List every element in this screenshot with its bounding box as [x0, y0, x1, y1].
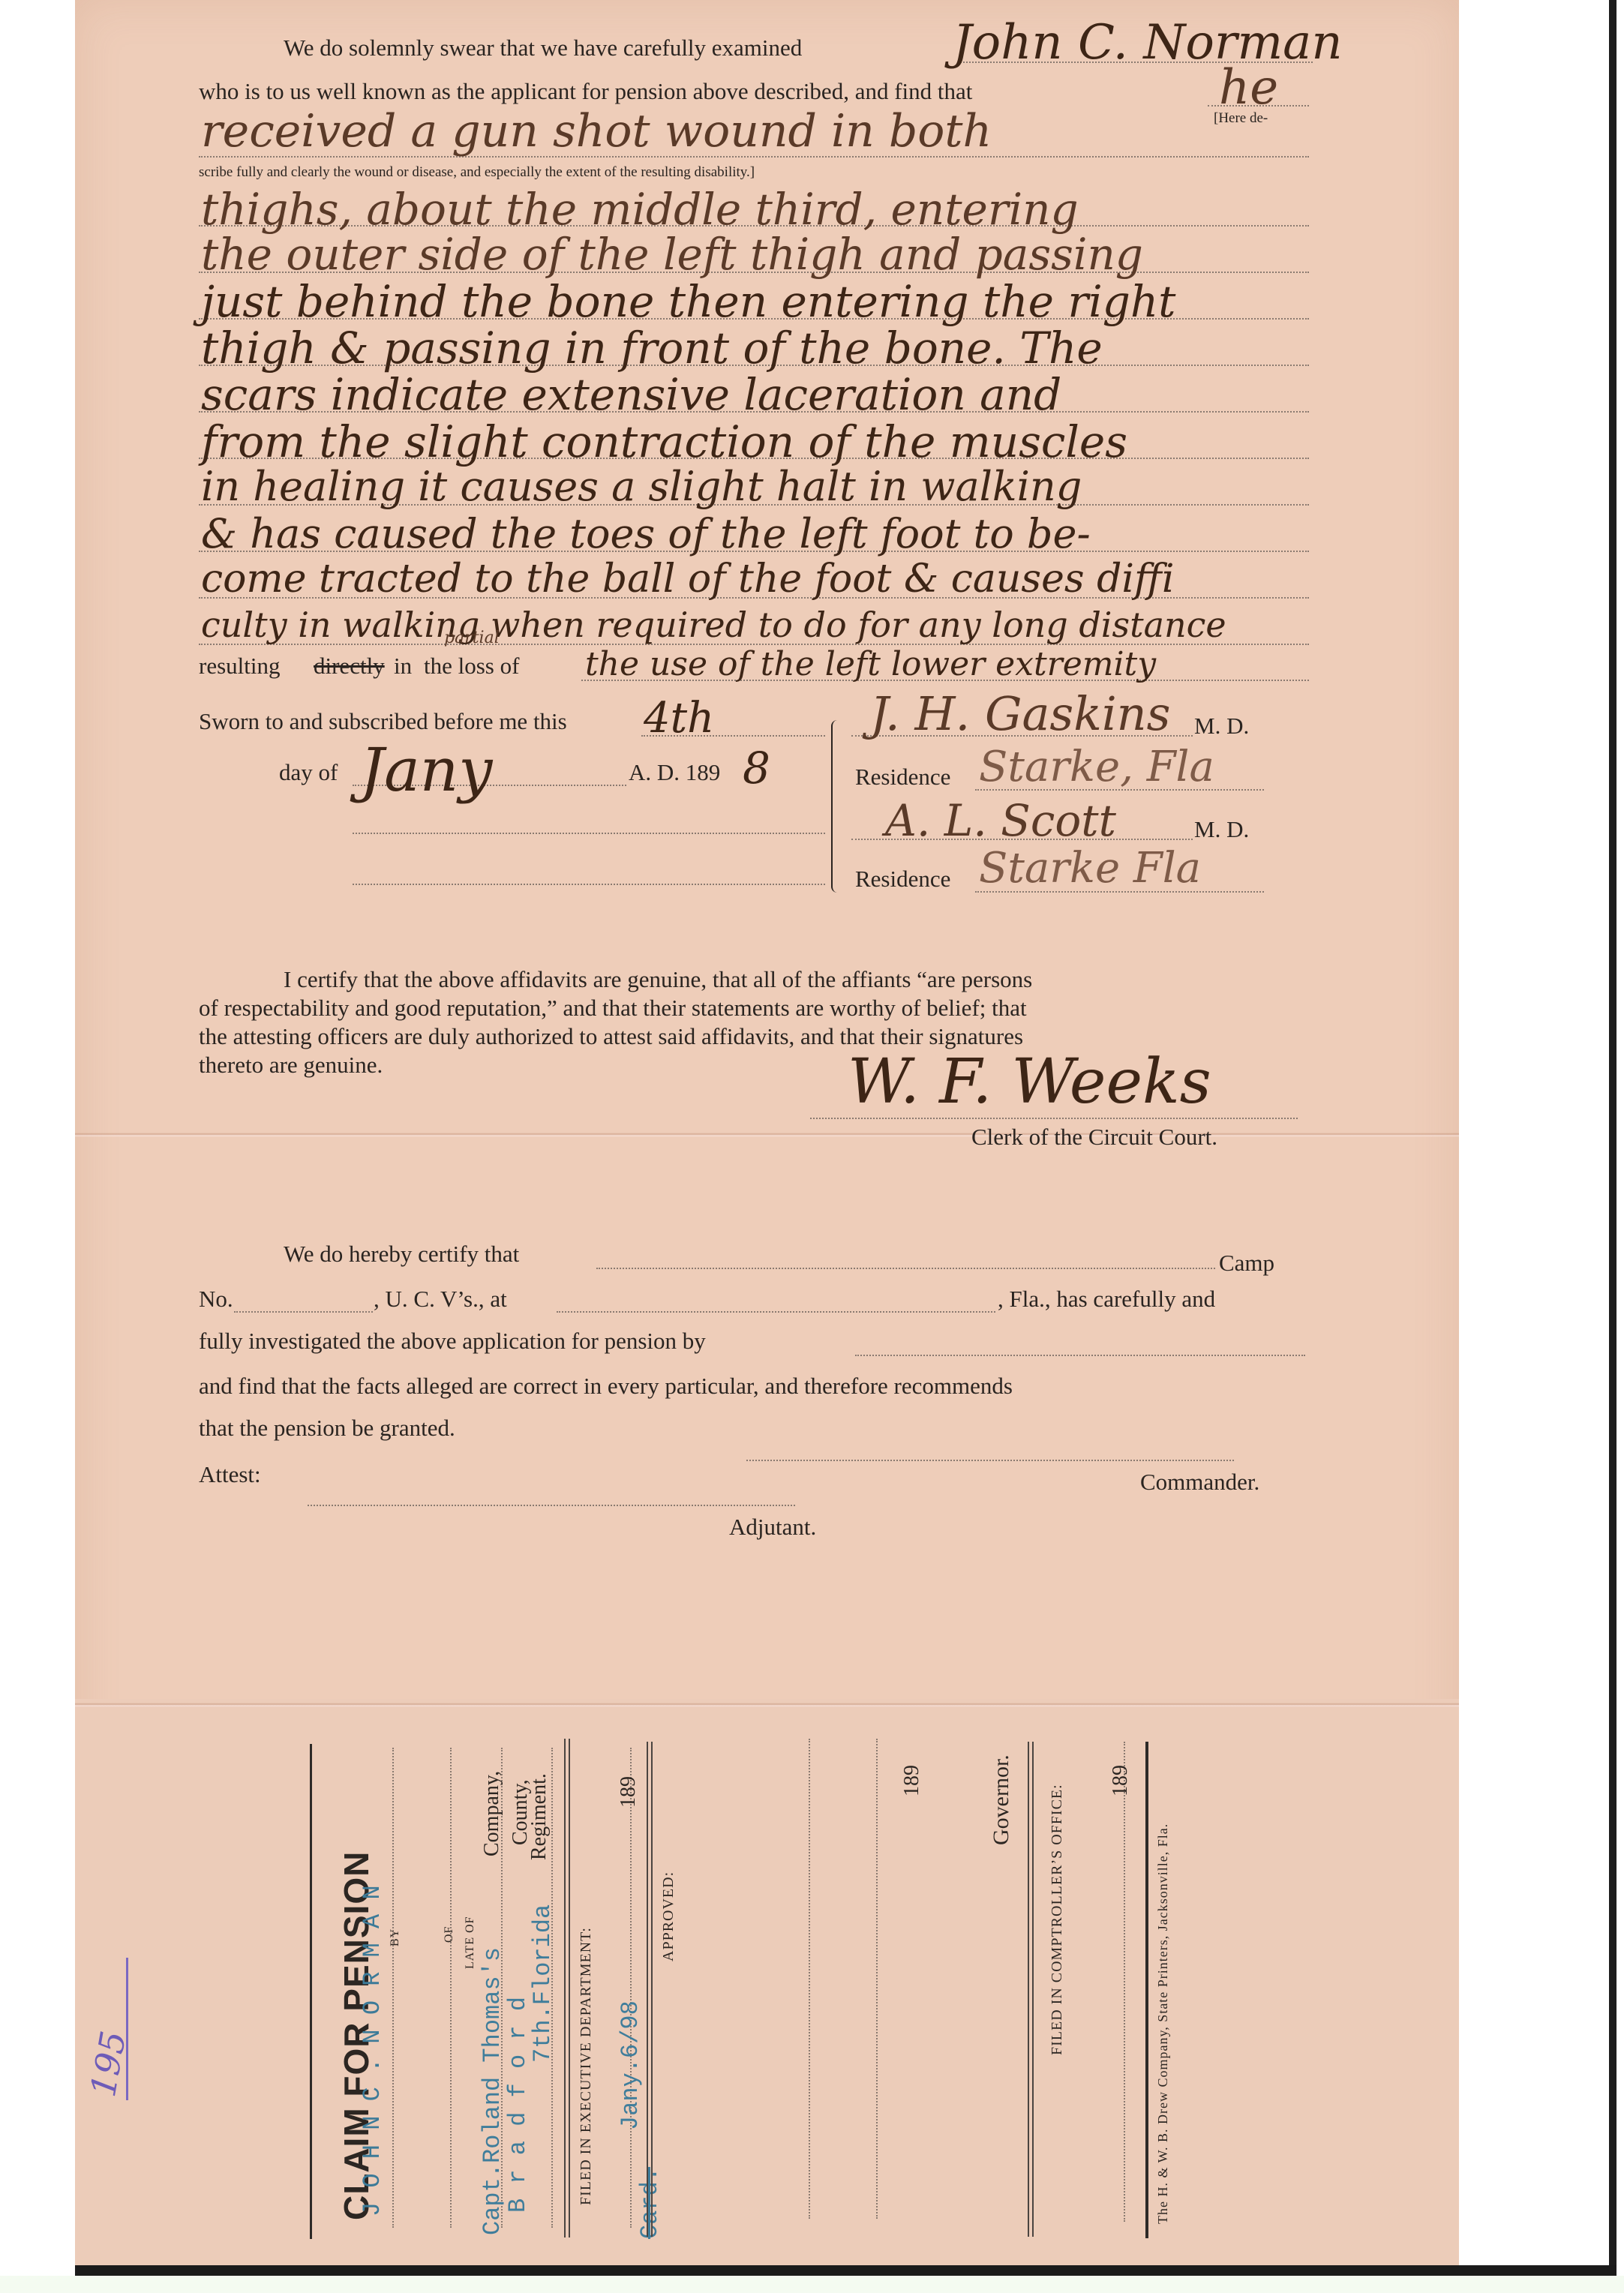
physician-1-signature: J. H. Gaskins	[870, 686, 1170, 741]
clerk-cert-line: I certify that the above affidavits are …	[284, 968, 1032, 991]
commander-label: Commander.	[1140, 1470, 1259, 1493]
camp-line5: that the pension be granted.	[199, 1416, 455, 1439]
description-line: come tracted to the ball of the foot & c…	[201, 557, 1174, 602]
stub-rule-right	[1145, 1742, 1148, 2238]
description-line: thigh & passing in front of the bone. Th…	[201, 323, 1103, 374]
description-line: thighs, about the middle third, entering	[201, 184, 1079, 235]
clerk-cert-line: the attesting officers are duly authoriz…	[199, 1025, 1023, 1048]
stub-rule	[564, 1739, 566, 2237]
physician-1-md: M. D.	[1194, 714, 1249, 737]
description-line: the outer side of the left thigh and pas…	[201, 229, 1143, 280]
resulting-loss-of: the loss of	[424, 654, 519, 677]
physician-2-residence: Starke Fla	[979, 844, 1201, 893]
description-line: in healing it causes a slight halt in wa…	[201, 463, 1082, 510]
officer-line-1	[353, 833, 825, 834]
stub-approved-year: 189	[900, 1765, 924, 1796]
stub-by: BY	[389, 1928, 402, 1946]
finding-pronoun: he	[1219, 60, 1278, 116]
adjutant-line	[308, 1505, 795, 1506]
description-line: received a gun shot wound in both	[201, 105, 992, 158]
applicant-name-handwritten: John C. Norman	[953, 15, 1343, 71]
physician-2-residence-label: Residence	[855, 867, 950, 890]
fold-line-lower	[75, 1703, 1459, 1707]
camp-fla: , Fla., has carefully and	[998, 1287, 1215, 1310]
camp-ucv: , U. C. V’s., at	[374, 1287, 507, 1310]
physician-1-residence: Starke, Fla	[979, 743, 1214, 791]
stub-approved: APPROVED:	[660, 1871, 677, 1961]
clerk-title: Clerk of the Circuit Court.	[971, 1125, 1217, 1148]
attest-label: Attest:	[199, 1463, 261, 1486]
stub-regiment-label: Regiment.	[527, 1773, 551, 1860]
stub-filed-exec-line	[630, 1748, 632, 2228]
clerk-signature: W. F. Weeks	[848, 1046, 1211, 1118]
stub-filed-exec-year: 189	[617, 1776, 641, 1808]
fold-line-upper	[75, 1133, 1459, 1137]
camp-line1: We do hereby certify that	[284, 1242, 519, 1265]
scan-edge-right	[1609, 0, 1616, 2265]
stub-regiment: 7th.Florida	[529, 1904, 557, 2063]
stub-applicant-line	[392, 1748, 394, 2228]
stub-filed-exec: FILED IN EXECUTIVE DEPARTMENT:	[578, 1927, 595, 2205]
stub-company-label: Company,	[480, 1771, 504, 1856]
description-line: scars indicate extensive laceration and	[201, 369, 1061, 420]
stub-card: Card.	[636, 2167, 664, 2239]
camp-label: Camp	[1219, 1251, 1274, 1274]
stub-late-of: LATE OF	[464, 1916, 477, 1969]
clerk-cert-line: thereto are genuine.	[199, 1053, 383, 1076]
stub-filed-comp: FILED IN COMPTROLLER’S OFFICE:	[1049, 1784, 1066, 2055]
stub-of: OF	[443, 1926, 456, 1943]
instruction-a: [Here de-	[1214, 111, 1268, 125]
resulting-struck-word: directly	[314, 654, 385, 677]
officer-line-2	[353, 884, 825, 885]
stub-rule	[647, 1742, 648, 2237]
stub-applicant: J O H N C . N O R M A N	[359, 1885, 386, 2216]
physician-2-md: M. D.	[1194, 818, 1249, 841]
camp-no-label: No.	[199, 1287, 233, 1310]
affidavit-intro: We do solemnly swear that we have carefu…	[284, 36, 802, 59]
stub-printer: The H. & W. B. Drew Company, State Print…	[1155, 1823, 1171, 2224]
description-line: & has caused the toes of the left foot t…	[201, 510, 1091, 557]
jurat-year-digit: 8	[743, 743, 770, 794]
camp-number-line	[234, 1311, 373, 1313]
stub-rule	[569, 1739, 570, 2237]
jurat-sworn: Sworn to and subscribed before me this	[199, 710, 567, 733]
stub-rule-left	[310, 1744, 312, 2239]
scan-edge-bottom	[75, 2265, 1616, 2276]
camp-line3: fully investigated the above application…	[199, 1329, 706, 1352]
stub-company: Capt.Roland Thomas's	[479, 1947, 506, 2235]
physician-1-residence-label: Residence	[855, 765, 950, 788]
camp-name-line	[596, 1268, 1215, 1269]
resulting-in: in	[394, 654, 412, 677]
camp-line4: and find that the facts alleged are corr…	[199, 1374, 1013, 1397]
adjutant-label: Adjutant.	[729, 1515, 816, 1538]
jurat-day-of: day of	[279, 761, 338, 784]
stub-filed-exec-date: Jany.6/98	[617, 2000, 644, 2130]
description-line: culty in walking when required to do for…	[201, 605, 1226, 645]
stub-filed-comp-year: 189	[1109, 1765, 1133, 1796]
jurat-day: 4th	[644, 694, 714, 743]
resulting-insertion: partial	[444, 629, 500, 647]
stub-county-line	[450, 1748, 452, 2228]
stub-rule	[1032, 1742, 1034, 2237]
jurat-ad: A. D. 189	[629, 761, 720, 784]
stub-approved-line	[809, 1739, 810, 2219]
stub-governor-line	[876, 1739, 878, 2219]
scan-strip	[0, 2276, 1624, 2293]
stub-governor: Governor.	[989, 1754, 1014, 1845]
stub-panel	[75, 1699, 1459, 2265]
stub-rule	[651, 1742, 653, 2237]
camp-applicant-line	[855, 1355, 1305, 1356]
resulting-label: resulting	[199, 654, 281, 677]
affidavit-line2: who is to us well known as the applicant…	[199, 80, 972, 103]
clerk-cert-line: of respectability and good reputation,” …	[199, 996, 1027, 1019]
margin-mark	[126, 1958, 128, 2100]
resulting-disability: the use of the left lower extremity	[585, 645, 1156, 683]
instruction-b: scribe fully and clearly the wound or di…	[199, 165, 755, 179]
stub-county: B r a d f o r d	[504, 1997, 532, 2213]
stub-rule	[1028, 1742, 1029, 2237]
brace	[831, 720, 843, 893]
description-line: just behind the bone then entering the r…	[201, 276, 1175, 327]
clerk-signature-line	[810, 1118, 1298, 1119]
physician-2-signature: A. L. Scott	[885, 795, 1116, 846]
jurat-month: Jany	[360, 735, 492, 805]
stub-filed-comp-line	[1124, 1742, 1125, 2222]
description-line: from the slight contraction of the muscl…	[201, 416, 1127, 467]
commander-line	[746, 1460, 1234, 1461]
camp-location-line	[557, 1311, 995, 1313]
